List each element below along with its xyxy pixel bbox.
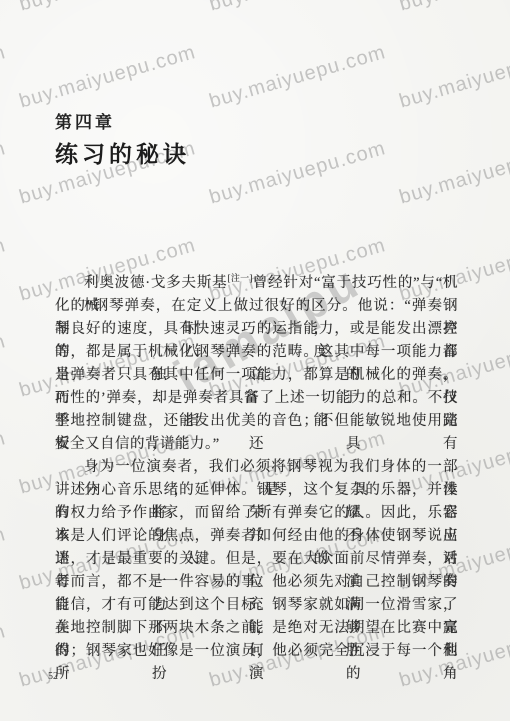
text-line: 语，才是最重要的关键。但是，要在大众面前尽情弹奏，对每一位演奏 (55, 548, 458, 571)
text-line: 该是人们评论的焦点，弹奏者如何经由他的身体使钢琴说出迷人的话 (55, 525, 458, 548)
text-line: 讲述内心音乐思绪的延伸体。钢琴，这个复杂的乐器，并没有将荣耀它 (55, 479, 458, 502)
text-line: 身为一位演奏者，我们必须将钢琴视为我们身体的一部分，是具体 (55, 456, 458, 479)
watermark-text: buy.maiyuepu.com (0, 427, 8, 499)
text-line: 化的”钢琴弹奏，在定义上做过很好的区分。他说：“弹奏钢琴时，控 (55, 295, 458, 318)
text-line: 的；钢琴家也好像是一位演员，他必须完全沉浸于每一个他所扮演的角 (55, 640, 458, 663)
watermark-text: buy.maiyuepu.com (207, 41, 389, 113)
watermark-text: buy.maiyuepu.com (0, 0, 8, 17)
text-line: 者而言，都不是一件容易的事。他必须先对自己控制钢琴的能力充满了 (55, 571, 458, 594)
watermark-text: buy.maiyuepu.com (207, 137, 389, 209)
chapter-label: 第四章 (55, 108, 115, 133)
text-line: 的权力给予作曲家，而留给了所有弹奏它的人。因此，乐器本身并不应 (55, 502, 458, 525)
watermark-text: buy.maiyuepu.com (0, 234, 8, 306)
text-line: 巧性的’弹奏，却是弹奏者具备了上述一切能力的总和。不仅手指能完 (55, 387, 458, 410)
watermark-text: buy.maiyuepu.com (397, 0, 510, 17)
text-segment: 利奥波德·戈多夫斯基 (84, 275, 228, 291)
text-line: 制良好的速度，具有快速灵巧的运指能力，或是能发出漂亮的八度音 (55, 318, 458, 341)
chapter-title: 练习的秘诀 (55, 136, 190, 169)
watermark-text: buy.maiyuepu.com (17, 0, 199, 17)
scanned-book-page: buy.maiyuepu.combuy.maiyuepu.combuy.maiy… (0, 0, 510, 721)
footnote-marker: [注一] (228, 273, 253, 283)
text-line: 自信，才有可能达到这个目标。钢琴家就如同一位滑雪家，在不能够完 (55, 594, 458, 617)
watermark-text: buy.maiyuepu.com (0, 330, 8, 402)
text-line: 利奥波德·戈多夫斯基[注一]曾经针对“富于技巧性的”与“机械 (55, 272, 458, 295)
watermark-text: buy.maiyuepu.com (0, 137, 8, 209)
text-line: 整地控制键盘，还能发出优美的音色；不但能敏锐地使用踏板，还具有 (55, 410, 458, 433)
watermark-text: buy.maiyuepu.com (397, 137, 510, 209)
watermark-text: buy.maiyuepu.com (17, 41, 199, 113)
text-line: 当弹奏者只具有其中任何一项能力，都算是机械化的弹奏。而‘富于技 (55, 364, 458, 387)
watermark-text: buy.maiyuepu.com (397, 41, 510, 113)
text-line: 等，都是属于机械化钢琴弹奏的范畴。这其中每一项能力都是独立的， (55, 341, 458, 364)
body-text: 利奥波德·戈多夫斯基[注一]曾经针对“富于技巧性的”与“机械 化的”钢琴弹奏，在… (55, 272, 458, 663)
page-number: 52 (48, 671, 58, 682)
text-line: 美地控制脚下那两块木条之前，是绝对无法期望在比赛中赢得任何胜利 (55, 617, 458, 640)
watermark-text: buy.maiyuepu.com (0, 41, 8, 113)
watermark-text: buy.maiyuepu.com (207, 0, 389, 17)
watermark-text: buy.maiyuepu.com (0, 523, 8, 595)
watermark-text: buy.maiyuepu.com (0, 620, 8, 692)
